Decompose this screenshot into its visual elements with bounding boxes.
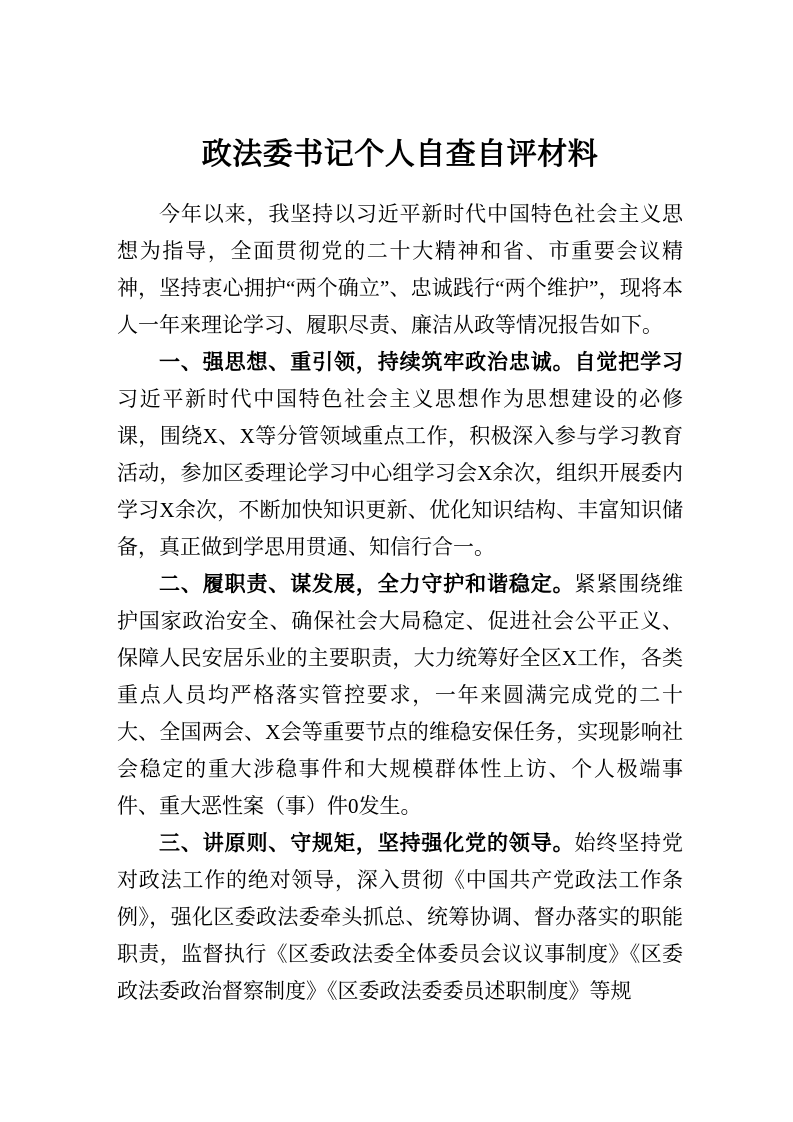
section-1-text: 习近平新时代中国特色社会主义思想作为思想建设的必修课，围绕X、X等分管领域重点工… bbox=[117, 387, 683, 559]
section-2-heading: 二、履职责、谋发展，全力守护和谐稳定。 bbox=[159, 573, 575, 596]
intro-paragraph-text: 今年以来，我坚持以习近平新时代中国特色社会主义思想为指导，全面贯彻党的二十大精神… bbox=[117, 202, 683, 337]
document-page: 政法委书记个人自查自评材料 今年以来，我坚持以习近平新时代中国特色社会主义思想为… bbox=[0, 0, 793, 1122]
section-2-paragraph: 二、履职责、谋发展，全力守护和谐稳定。紧紧围绕维护国家政治安全、确保社会大局稳定… bbox=[117, 566, 683, 825]
intro-paragraph: 今年以来，我坚持以习近平新时代中国特色社会主义思想为指导，全面贯彻党的二十大精神… bbox=[117, 196, 683, 344]
section-3-paragraph: 三、讲原则、守规矩，坚持强化党的领导。始终坚持党对政法工作的绝对领导，深入贯彻《… bbox=[117, 825, 683, 1010]
document-title: 政法委书记个人自查自评材料 bbox=[117, 132, 683, 178]
section-1-paragraph: 一、强思想、重引领，持续筑牢政治忠诚。自觉把学习习近平新时代中国特色社会主义思想… bbox=[117, 344, 683, 566]
section-3-text: 始终坚持党对政法工作的绝对领导，深入贯彻《中国共产党政法工作条例》，强化区委政法… bbox=[117, 831, 683, 1003]
section-2-text: 紧紧围绕维护国家政治安全、确保社会大局稳定、促进社会公平正义、保障人民安居乐业的… bbox=[117, 572, 683, 818]
section-1-heading: 一、强思想、重引领，持续筑牢政治忠诚。自觉把学习 bbox=[159, 351, 683, 374]
section-3-heading: 三、讲原则、守规矩，坚持强化党的领导。 bbox=[159, 832, 575, 855]
